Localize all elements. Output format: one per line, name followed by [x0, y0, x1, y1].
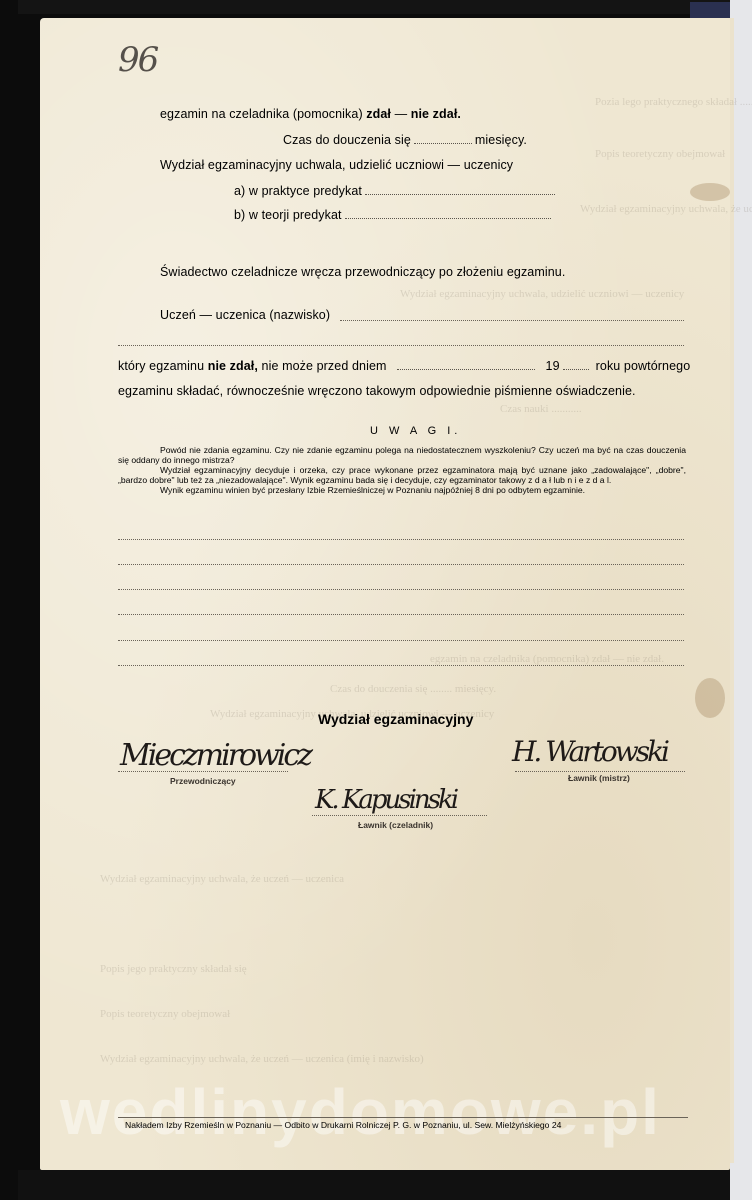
theory-grade-line: b) w teorji predykat	[234, 208, 554, 222]
signature-chairman: Mieczmirowicz	[120, 738, 310, 773]
signature-journeyman-juror: K. Kapusinski	[315, 785, 456, 815]
handwritten-page-number: 96	[118, 40, 157, 80]
printer-footer: Nakładem Izby Rzemieśln w Poznaniu — Odb…	[125, 1120, 561, 1130]
apprentice-name-field-continued[interactable]	[118, 345, 684, 346]
remark-2: Wydział egzaminacyjny decyduje i orzeka,…	[118, 465, 686, 485]
retake-line-2: egzaminu składać, równocześnie wręczono …	[118, 384, 636, 398]
retake-text: który egzaminu	[118, 359, 208, 373]
months-label: miesięcy.	[475, 133, 527, 147]
chairman-label: Przewodniczący	[170, 776, 236, 786]
binder-top-edge	[18, 0, 730, 14]
catchup-period-line: Czas do douczenia sięmiesięcy.	[283, 133, 527, 147]
remarks-section: Powód nie zdania egzaminu. Czy nie zdani…	[118, 445, 686, 495]
catchup-months-field[interactable]	[414, 142, 472, 144]
board-title: Wydział egzaminacyjny	[318, 711, 473, 727]
theory-grade-field[interactable]	[345, 217, 551, 219]
year-prefix: 19	[546, 359, 560, 373]
master-juror-signature-line[interactable]	[515, 771, 685, 772]
apprentice-name-label: Uczeń — uczenica (nazwisko)	[160, 308, 330, 322]
apprentice-name-field[interactable]	[340, 320, 684, 321]
chairman-signature-line[interactable]	[118, 771, 288, 772]
exam-result-line: egzamin na czeladnika (pomocnika) zdał —…	[160, 107, 461, 121]
retake-text-mid: nie może przed dniem	[258, 359, 387, 373]
paper-tear	[690, 183, 730, 201]
watermark: wedlinydomowe.pl	[60, 1075, 661, 1149]
catchup-label: Czas do douczenia się	[283, 133, 411, 147]
footer-rule	[118, 1117, 688, 1118]
remarks-field-line-5[interactable]	[118, 640, 684, 641]
not-passed-text: nie zdał,	[208, 359, 258, 373]
remark-3: Wynik egzaminu winien być przesłany Izbi…	[118, 485, 686, 495]
failed-option: nie zdał.	[411, 107, 461, 121]
signature-master-juror: H. Wartowski	[512, 735, 667, 768]
retake-date-field[interactable]	[397, 368, 535, 370]
journeyman-juror-label: Ławnik (czeladnik)	[358, 820, 433, 830]
remark-1: Powód nie zdania egzaminu. Czy nie zdani…	[118, 445, 686, 465]
passed-option: zdał	[366, 107, 391, 121]
remarks-field-line-1[interactable]	[118, 539, 684, 540]
remarks-title: U W A G I.	[370, 425, 461, 437]
master-juror-label: Ławnik (mistrz)	[568, 773, 630, 783]
retake-line: który egzaminu nie zdał, nie może przed …	[118, 359, 690, 373]
retake-year-field[interactable]	[563, 368, 589, 370]
remarks-field-line-6[interactable]	[118, 665, 684, 666]
certificate-note: Świadectwo czeladnicze wręcza przewodnic…	[160, 265, 565, 279]
practice-grade-label: a) w praktyce predykat	[234, 184, 362, 198]
remarks-field-line-3[interactable]	[118, 589, 684, 590]
practice-grade-field[interactable]	[365, 193, 555, 195]
remarks-field-line-2[interactable]	[118, 564, 684, 565]
theory-grade-label: b) w teorji predykat	[234, 208, 342, 222]
paper-tear	[695, 678, 725, 718]
exam-result-text: egzamin na czeladnika (pomocnika)	[160, 107, 366, 121]
retake-text-end: roku powtórnego	[596, 359, 691, 373]
board-grants-line: Wydział egzaminacyjny uchwala, udzielić …	[160, 158, 513, 172]
practice-grade-line: a) w praktyce predykat	[234, 184, 558, 198]
binder-bottom-edge	[18, 1170, 730, 1200]
remarks-field-line-4[interactable]	[118, 614, 684, 615]
journeyman-juror-signature-line[interactable]	[312, 815, 487, 816]
binder-cover-corner	[690, 2, 730, 18]
separator: —	[391, 107, 411, 121]
